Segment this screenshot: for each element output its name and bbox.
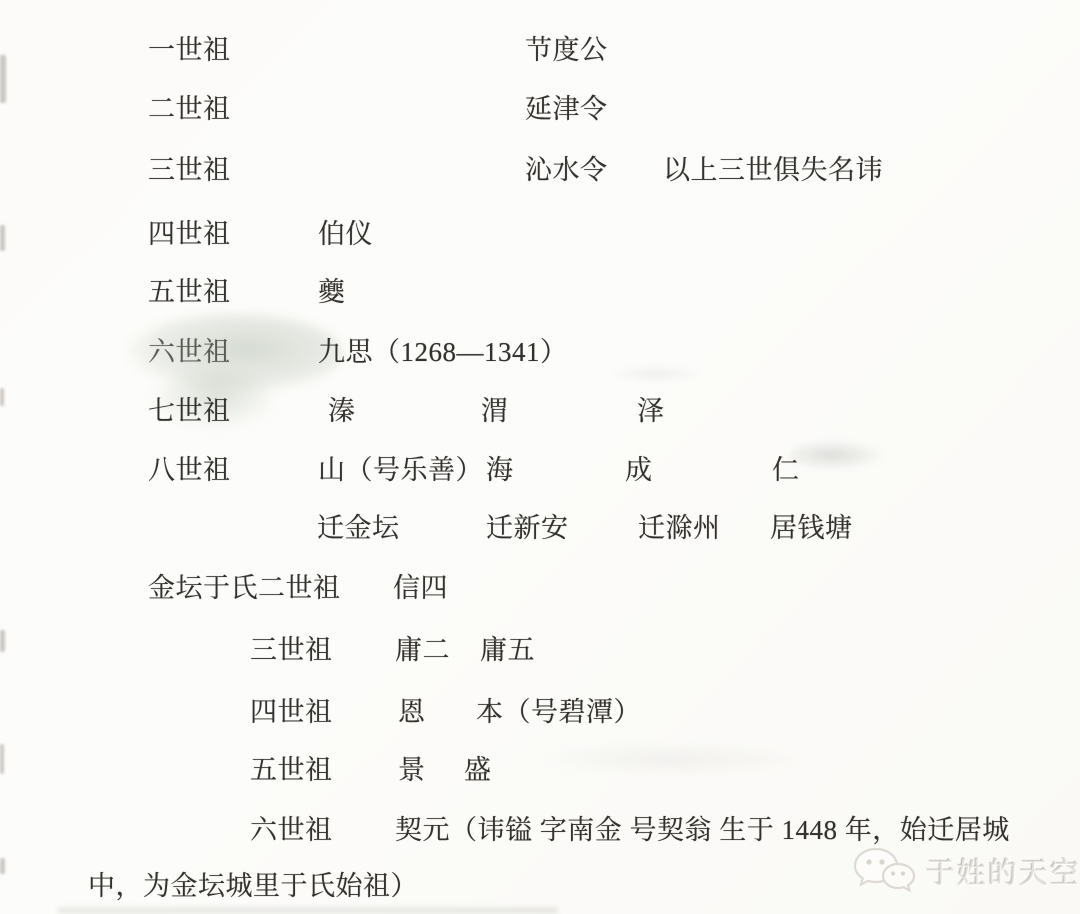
person-name: 伯仪 (318, 212, 373, 251)
person-name: 本（号碧潭） (476, 690, 641, 729)
person-name: 恩 (398, 690, 426, 729)
generation-label: 五世祖 (148, 270, 231, 309)
person-name: 泽 (637, 389, 665, 428)
person-name: 海 (486, 448, 514, 487)
person-name: 溱 (328, 389, 356, 428)
generation-label: 四世祖 (148, 212, 231, 251)
generation-row: 一世祖 节度公 (0, 28, 1080, 64)
person-name: 夔 (318, 270, 346, 309)
generation-row: 六世祖 契元（讳镒 字南金 号契翁 生于 1448 年，始迁居城 (0, 808, 1080, 844)
person-name: 庸五 (480, 628, 535, 667)
generation-label: 金坛于氏二世祖 (148, 566, 341, 605)
migration-note: 居钱塘 (770, 506, 853, 545)
person-name: 九思（1268—1341） (318, 330, 568, 369)
continuation-row: 中，为金坛城里于氏始祖） (0, 864, 1080, 900)
migration-note: 迁滁州 (638, 506, 721, 545)
generation-row: 四世祖 恩 本（号碧潭） (0, 690, 1080, 726)
person-name: 盛 (464, 748, 492, 787)
generation-row: 四世祖 伯仪 (0, 212, 1080, 248)
person-title: 节度公 (525, 28, 608, 67)
generation-label: 三世祖 (250, 628, 333, 667)
generation-label: 二世祖 (148, 87, 231, 126)
migration-note: 迁新安 (486, 506, 569, 545)
person-name: 信四 (393, 566, 448, 605)
person-title: 沁水令 (525, 148, 608, 187)
scanned-genealogy-page: 一世祖 节度公 二世祖 延津令 三世祖 沁水令 以上三世俱失名讳 四世祖 伯仪 … (0, 0, 1080, 914)
person-title: 延津令 (525, 87, 608, 126)
person-name: 成 (625, 448, 653, 487)
generation-row: 三世祖 庸二 庸五 (0, 628, 1080, 664)
person-name: 景 (398, 748, 426, 787)
person-name: 仁 (772, 448, 800, 487)
generation-row: 六世祖 九思（1268—1341） (0, 330, 1080, 366)
generation-label: 八世祖 (148, 448, 231, 487)
generation-label: 三世祖 (148, 148, 231, 187)
person-name: 契元（讳镒 字南金 号契翁 生于 1448 年，始迁居城 (395, 808, 1010, 847)
generation-label: 四世祖 (250, 690, 333, 729)
migration-note: 迁金坛 (317, 506, 400, 545)
generation-label: 七世祖 (148, 389, 231, 428)
scan-smudge (610, 366, 700, 382)
note-text: 以上三世俱失名讳 (663, 148, 883, 187)
generation-row: 五世祖 夔 (0, 270, 1080, 306)
generation-row: 八世祖 山（号乐善） 海 成 仁 (0, 448, 1080, 484)
generation-row: 三世祖 沁水令 以上三世俱失名讳 (0, 148, 1080, 184)
generation-row: 二世祖 延津令 (0, 87, 1080, 123)
generation-label: 一世祖 (148, 28, 231, 67)
person-name: 庸二 (395, 628, 450, 667)
generation-row: 金坛于氏二世祖 信四 (0, 566, 1080, 602)
migration-row: 迁金坛 迁新安 迁滁州 居钱塘 (0, 506, 1080, 542)
generation-row: 七世祖 溱 渭 泽 (0, 389, 1080, 425)
continuation-line: 中，为金坛城里于氏始祖） (88, 864, 418, 903)
person-name: 山（号乐善） (318, 448, 483, 487)
generation-label: 六世祖 (148, 330, 231, 369)
generation-row: 五世祖 景 盛 (0, 748, 1080, 784)
generation-label: 五世祖 (250, 748, 333, 787)
person-name: 渭 (481, 389, 509, 428)
scan-artifact (58, 907, 558, 914)
generation-label: 六世祖 (250, 808, 333, 847)
